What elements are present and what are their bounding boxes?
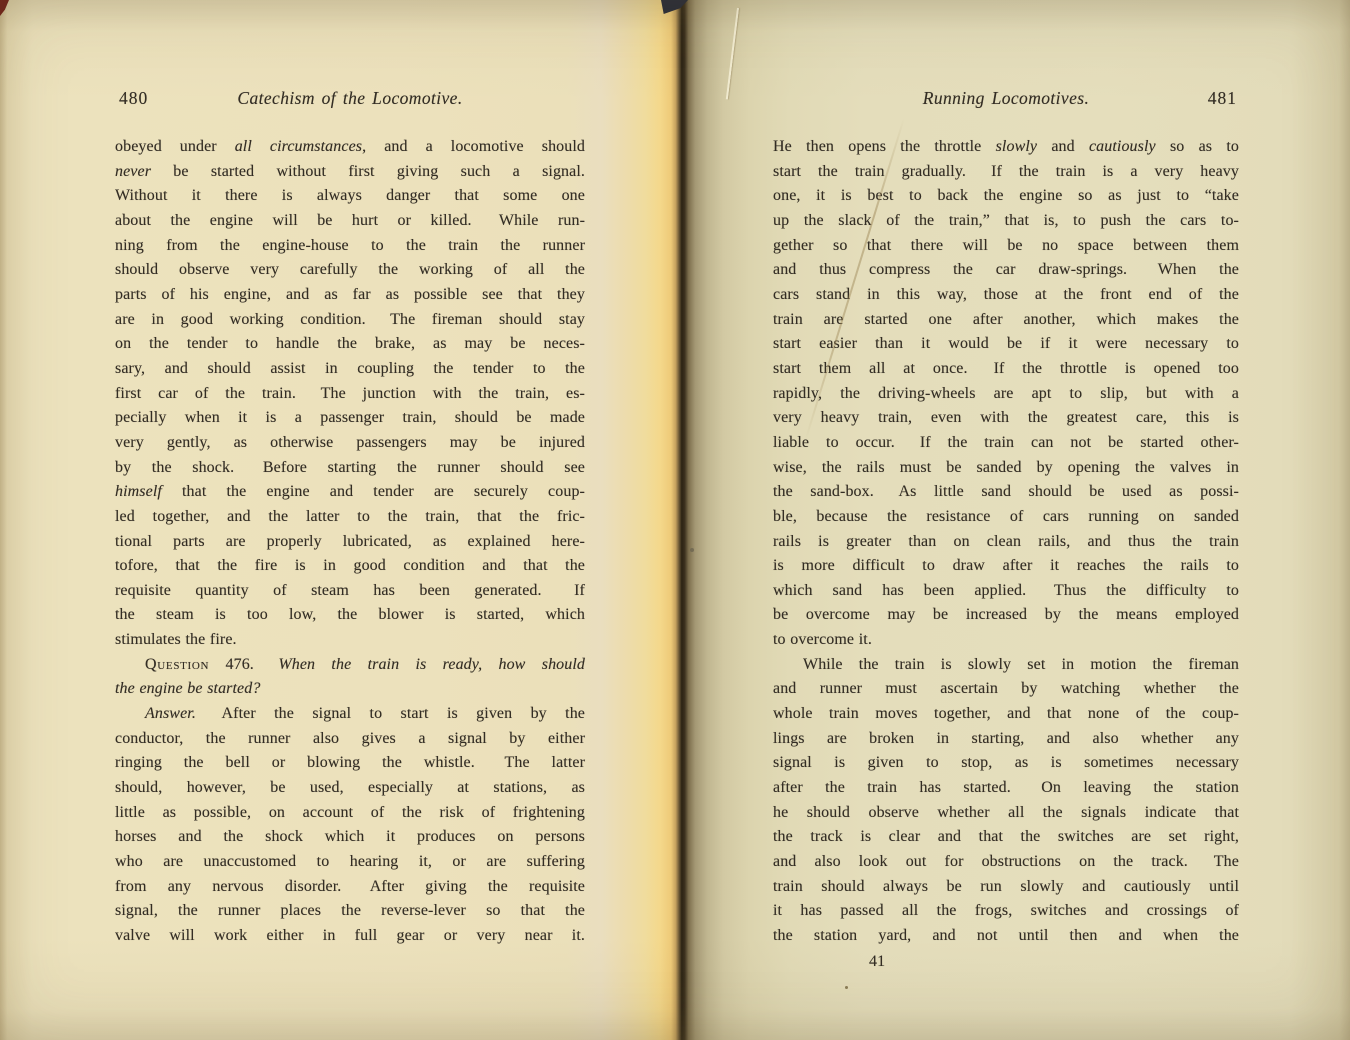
text-line: and runner must ascertain by watching wh… xyxy=(773,677,1239,702)
right-page-text: He then opens the throttle slowly and ca… xyxy=(773,135,1239,949)
text-line: liable to occur. If the train can not be… xyxy=(773,431,1239,456)
text-line: he should observe whether all the signal… xyxy=(773,801,1239,826)
text-line: himself that the engine and tender are s… xyxy=(115,480,585,505)
right-running-title: Running Locomotives. xyxy=(773,86,1239,111)
text-line: signal is given to stop, as is sometimes… xyxy=(773,751,1239,776)
text-line: should observe very carefully the workin… xyxy=(115,258,585,283)
text-line: pecially when it is a passenger train, s… xyxy=(115,406,585,431)
text-line: by the shock. Before starting the runner… xyxy=(115,456,585,481)
text-line: after the train has started. On leaving … xyxy=(773,776,1239,801)
text-line: gether so that there will be no space be… xyxy=(773,234,1239,259)
text-line: Answer. After the signal to start is giv… xyxy=(115,702,585,727)
text-line: first car of the train. The junction wit… xyxy=(115,382,585,407)
text-line: to overcome it. xyxy=(773,628,1239,653)
text-line: ringing the bell or blowing the whistle.… xyxy=(115,751,585,776)
gutter-top-stain xyxy=(661,0,688,14)
text-line: the sand-box. As little sand should be u… xyxy=(773,480,1239,505)
text-line: the engine be started? xyxy=(115,677,585,702)
text-line: horses and the shock which it produces o… xyxy=(115,825,585,850)
text-line: obeyed under all circumstances, and a lo… xyxy=(115,135,585,160)
text-line: tional parts are properly lubricated, as… xyxy=(115,530,585,555)
book-spread: 480 Catechism of the Locomotive. obeyed … xyxy=(0,0,1350,1040)
text-line: start them all at once. If the throttle … xyxy=(773,357,1239,382)
text-line: valve will work either in full gear or v… xyxy=(115,924,585,949)
text-line: wise, the rails must be sanded by openin… xyxy=(773,456,1239,481)
text-line: and also look out for obstructions on th… xyxy=(773,850,1239,875)
text-line: rails is greater than on clean rails, an… xyxy=(773,530,1239,555)
text-line: it has passed all the frogs, switches an… xyxy=(773,899,1239,924)
text-line: sary, and should assist in coupling the … xyxy=(115,357,585,382)
text-line: ble, because the resistance of cars runn… xyxy=(773,505,1239,530)
text-line: conductor, the runner also gives a signa… xyxy=(115,727,585,752)
text-line: which sand has been applied. Thus the di… xyxy=(773,579,1239,604)
left-running-title: Catechism of the Locomotive. xyxy=(115,86,585,111)
text-line: Question 476. When the train is ready, h… xyxy=(115,653,585,678)
text-line: parts of his engine, and as far as possi… xyxy=(115,283,585,308)
text-line: stimulates the fire. xyxy=(115,628,585,653)
paper-crease-short xyxy=(726,8,739,100)
text-line: start the train gradually. If the train … xyxy=(773,160,1239,185)
text-line: He then opens the throttle slowly and ca… xyxy=(773,135,1239,160)
text-line: rapidly, the driving-wheels are apt to s… xyxy=(773,382,1239,407)
text-line: be overcome may be increased by the mean… xyxy=(773,603,1239,628)
text-line: and thus compress the car draw-springs. … xyxy=(773,258,1239,283)
text-line: tofore, that the fire is in good conditi… xyxy=(115,554,585,579)
left-page-header: 480 Catechism of the Locomotive. xyxy=(115,86,585,110)
text-line: signal, the runner places the reverse-le… xyxy=(115,899,585,924)
text-line: requisite quantity of steam has been gen… xyxy=(115,579,585,604)
paper-speck xyxy=(845,986,848,989)
text-line: who are unaccustomed to hearing it, or a… xyxy=(115,850,585,875)
right-page-header: Running Locomotives. 481 xyxy=(773,86,1239,110)
text-line: the steam is too low, the blower is star… xyxy=(115,603,585,628)
text-line: the track is clear and that the switches… xyxy=(773,825,1239,850)
text-line: whole train moves together, and that non… xyxy=(773,702,1239,727)
text-line: should, however, be used, especially at … xyxy=(115,776,585,801)
text-line: one, it is best to back the engine so as… xyxy=(773,184,1239,209)
text-line: about the engine will be hurt or killed.… xyxy=(115,209,585,234)
text-line: Without it there is always danger that s… xyxy=(115,184,585,209)
text-line: on the tender to handle the brake, as ma… xyxy=(115,332,585,357)
text-line: from any nervous disorder. After giving … xyxy=(115,875,585,900)
left-page-text: obeyed under all circumstances, and a lo… xyxy=(115,135,585,949)
text-line: While the train is slowly set in motion … xyxy=(773,653,1239,678)
left-page-number: 480 xyxy=(119,86,148,111)
right-page: Running Locomotives. 481 He then opens t… xyxy=(773,86,1239,974)
text-line: ning from the engine-house to the train … xyxy=(115,234,585,259)
text-line: lings are broken in starting, and also w… xyxy=(773,727,1239,752)
text-line: very heavy train, even with the greatest… xyxy=(773,406,1239,431)
paper-speck xyxy=(690,548,694,552)
text-line: cars stand in this way, those at the fro… xyxy=(773,283,1239,308)
signature-mark: 41 xyxy=(869,950,1239,975)
text-line: little as possible, on account of the ri… xyxy=(115,801,585,826)
text-line: are in good working condition. The firem… xyxy=(115,308,585,333)
text-line: up the slack of the train,” that is, to … xyxy=(773,209,1239,234)
page-corner-stain xyxy=(0,0,9,16)
text-line: never be started without first giving su… xyxy=(115,160,585,185)
left-page: 480 Catechism of the Locomotive. obeyed … xyxy=(115,86,585,949)
text-line: very gently, as otherwise passengers may… xyxy=(115,431,585,456)
text-line: train should always be run slowly and ca… xyxy=(773,875,1239,900)
text-line: the station yard, and not until then and… xyxy=(773,924,1239,949)
text-line: start easier than it would be if it were… xyxy=(773,332,1239,357)
text-line: is more difficult to draw after it reach… xyxy=(773,554,1239,579)
right-page-number: 481 xyxy=(1208,86,1237,111)
text-line: led together, and the latter to the trai… xyxy=(115,505,585,530)
